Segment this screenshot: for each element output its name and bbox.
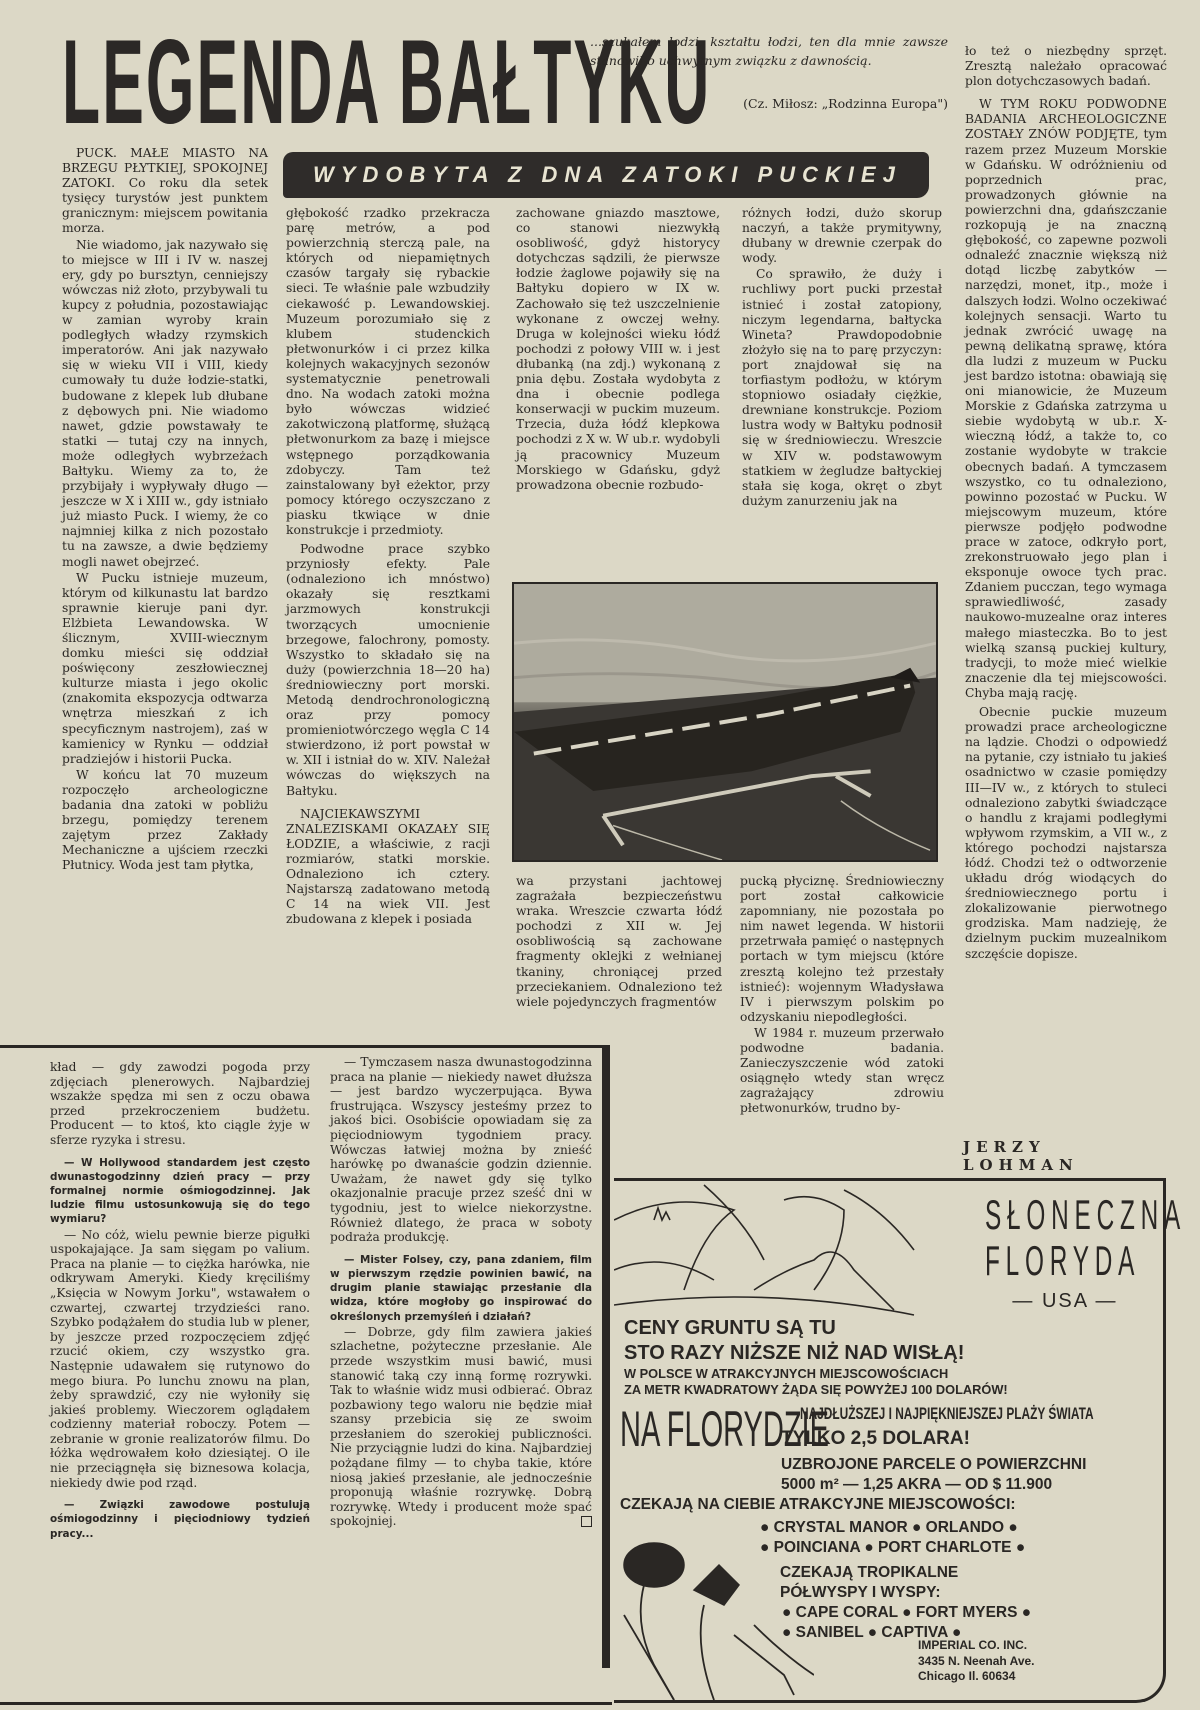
- paragraph: różnych łodzi, dużo skorup naczyń, a tak…: [742, 206, 942, 266]
- article-column-1: PUCK. MAŁE MIASTO NA BRZEGU PŁYTKIEJ, SP…: [62, 146, 268, 875]
- ad-company-name: IMPERIAL CO. INC.: [918, 1638, 1035, 1654]
- ad-beach-claim: NAJDŁUŻSZEJ I NAJPIĘKNIEJSZEJ PLAŻY ŚWIA…: [800, 1404, 1094, 1424]
- ad-headline-line: STO RAZY NIŻSZE NIŻ NAD WISŁĄ!: [624, 1341, 964, 1366]
- article-column-4: różnych łodzi, dużo skorup naczyń, a tak…: [742, 206, 942, 510]
- ad-parcel-line: UZBROJONE PARCELE O POWIERZCHNI: [781, 1455, 1086, 1475]
- article-column-4-continued: pucką płyciznę. Średniowieczny port zost…: [740, 874, 944, 1118]
- ad-places-heading: CZEKAJĄ NA CIEBIE ATRAKCYJNE MIEJSCOWOŚC…: [620, 1496, 1016, 1514]
- ad-address-line: 3435 N. Neenah Ave.: [918, 1654, 1035, 1670]
- paragraph: W 1984 r. muzeum przerwało podwodne bada…: [740, 1026, 944, 1117]
- ad-subheadline-line: W POLSCE W ATRAKCYJNYCH MIEJSCOWOŚCIACH: [624, 1366, 1008, 1382]
- sunbathing-women-illustration-icon: [614, 1535, 814, 1700]
- paragraph: Nie wiadomo, jak nazywało się to miejsce…: [62, 238, 268, 570]
- ad-parcel-info: UZBROJONE PARCELE O POWIERZCHNI 5000 m² …: [781, 1455, 1086, 1495]
- paragraph: Obecnie puckie muzeum prowadzi prace arc…: [965, 705, 1167, 962]
- ad-headline: CENY GRUNTU SĄ TU STO RAZY NIŻSZE NIŻ NA…: [624, 1316, 964, 1366]
- question-paragraph: — W Hollywood standardem jest często dwu…: [50, 1156, 310, 1227]
- paragraph: ło też o niezbędny sprzęt. Zresztą należ…: [965, 44, 1167, 89]
- paragraph: Podwodne prace szybko przyniosły efekty.…: [286, 542, 490, 799]
- paragraph: NAJCIEKAWSZYMI ZNALEZISKAMI OKAZAŁY SIĘ …: [286, 807, 490, 928]
- ad-address-line: Chicago Il. 60634: [918, 1669, 1035, 1685]
- article-column-5: ło też o niezbędny sprzęt. Zresztą należ…: [965, 44, 1167, 963]
- paragraph: PUCK. MAŁE MIASTO NA BRZEGU PŁYTKIEJ, SP…: [62, 146, 268, 237]
- paragraph: głębokość rzadko przekracza parę metrów,…: [286, 206, 490, 538]
- interview-column-1: kład — gdy zawodzi pogoda przy zdjęciach…: [50, 1060, 310, 1542]
- paragraph: W końcu lat 70 muzeum rozpoczęło archeol…: [62, 768, 268, 874]
- boat-photo: [512, 582, 938, 862]
- ad-headline-line: CENY GRUNTU SĄ TU: [624, 1316, 964, 1341]
- subtitle-banner: WYDOBYTA Z DNA ZATOKI PUCKIEJ: [283, 152, 929, 198]
- answer-paragraph: — Tymczasem nasza dwunastogodzinna praca…: [330, 1055, 592, 1245]
- article-column-2: głębokość rzadko przekracza parę metrów,…: [286, 206, 490, 928]
- answer-paragraph: kład — gdy zawodzi pogoda przy zdjęciach…: [50, 1060, 310, 1148]
- interview-column-2: — Tymczasem nasza dwunastogodzinna praca…: [330, 1055, 592, 1530]
- ad-islands-list: ● CAPE CORAL ● FORT MYERS ● ● SANIBEL ● …: [782, 1603, 1031, 1643]
- dugout-boat-image: [514, 584, 936, 860]
- question-paragraph: — Mister Folsey, czy, pana zdaniem, film…: [330, 1253, 592, 1324]
- epigraph: ...szukałem łodzi, kształtu łodzi, ten d…: [590, 32, 948, 70]
- palm-tree-illustration-icon: [614, 1180, 974, 1320]
- article-title: LEGENDA BAŁTYKU: [62, 28, 305, 136]
- author-signature: JERZY LOHMAN: [963, 1138, 1168, 1174]
- ad-title: SŁONECZNA FLORYDA: [985, 1192, 1082, 1284]
- paragraph: wa przystani jachtowej zagrażała bezpiec…: [516, 874, 722, 1010]
- answer-text: — Dobrze, gdy film zawiera jakieś szlach…: [330, 1325, 592, 1529]
- ad-country: — USA —: [1010, 1290, 1120, 1313]
- end-of-article-square-icon: [581, 1516, 592, 1527]
- ad-islands-line: ● CAPE CORAL ● FORT MYERS ●: [782, 1603, 1031, 1623]
- question-paragraph: — Związki zawodowe postulują ośmiogodzin…: [50, 1498, 310, 1541]
- paragraph: zachowane gniazdo masztowe, co stanowi n…: [516, 206, 720, 493]
- box-border: [0, 1702, 612, 1705]
- ad-subheadline: W POLSCE W ATRAKCYJNYCH MIEJSCOWOŚCIACH …: [624, 1366, 1008, 1398]
- paragraph: W TYM ROKU PODWODNE BADANIA ARCHEOLOGICZ…: [965, 97, 1167, 701]
- answer-paragraph: — Dobrze, gdy film zawiera jakieś szlach…: [330, 1325, 592, 1529]
- epigraph-source: (Cz. Miłosz: „Rodzinna Europa"): [590, 96, 948, 111]
- divider-rule: [0, 1045, 610, 1048]
- article-column-3-continued: wa przystani jachtowej zagrażała bezpiec…: [516, 874, 722, 1011]
- ad-title-line: SŁONECZNA: [985, 1192, 1082, 1238]
- ad-price: TYLKO 2,5 DOLARA!: [781, 1428, 970, 1450]
- ad-parcel-line: 5000 m² — 1,25 AKRA — OD $ 11.900: [781, 1475, 1086, 1495]
- paragraph: pucką płyciznę. Średniowieczny port zost…: [740, 874, 944, 1025]
- article-column-3: zachowane gniazdo masztowe, co stanowi n…: [516, 206, 720, 494]
- ad-subheadline-line: ZA METR KWADRATOWY ŻĄDA SIĘ POWYŻEJ 100 …: [624, 1382, 1008, 1398]
- box-border: [602, 1048, 610, 1668]
- answer-paragraph: — No cóż, wielu pewnie bierze pigułki us…: [50, 1228, 310, 1491]
- ad-company-address: IMPERIAL CO. INC. 3435 N. Neenah Ave. Ch…: [918, 1638, 1035, 1685]
- paragraph: Co sprawiło, że duży i ruchliwy port puc…: [742, 267, 942, 509]
- ad-title-line: FLORYDA: [985, 1238, 1082, 1284]
- paragraph: W Pucku istnieje muzeum, którym od kilku…: [62, 571, 268, 767]
